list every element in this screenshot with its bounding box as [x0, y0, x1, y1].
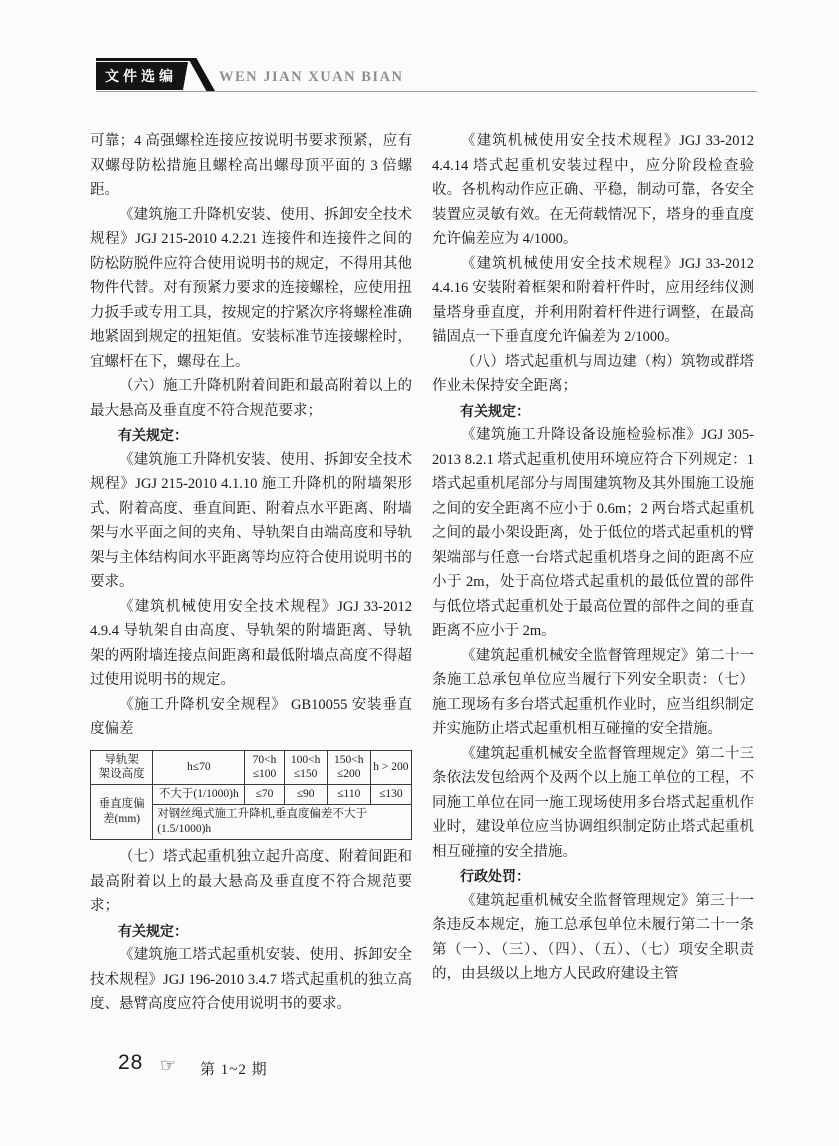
right-column: 《建筑机械使用安全技术规程》JGJ 33-2012 4.4.14 塔式起重机安装… — [432, 129, 754, 987]
table-cell: 导轨架 架设高度 — [91, 750, 153, 785]
section-heading: 有关规定： — [90, 919, 412, 944]
paragraph: （七）塔式起重机独立起升高度、附着间距和最高附着以上的最大悬高及垂直度不符合规范… — [90, 845, 412, 919]
issue-label: 第 1~2 期 — [200, 1058, 268, 1079]
table-row: 导轨架 架设高度 h≤70 70<h ≤100 100<h ≤150 150<h… — [91, 750, 412, 785]
paragraph: 可靠；4 高强螺栓连接应按说明书要求预紧，应有双螺母防松措施且螺栓高出螺母顶平面… — [90, 129, 412, 203]
table-note-cell: 对钢丝绳式施工升降机,垂直度偏差不大于(1.5/1000)h — [153, 805, 412, 840]
banner-box: 文件选编 — [96, 62, 188, 90]
paragraph: （八）塔式起重机与周边建（构）筑物或群塔作业未保持安全距离； — [432, 350, 754, 399]
pointing-hand-icon: ☞ — [160, 1055, 176, 1076]
section-heading: 行政处罚： — [432, 864, 754, 889]
banner-title: 文件选编 — [105, 66, 177, 86]
table-cell: 70<h ≤100 — [245, 750, 284, 785]
paragraph: 《建筑起重机械安全监督管理规定》第三十一条违反本规定，施工总承包单位未履行第二十… — [432, 889, 754, 987]
table-cell: ≤90 — [284, 785, 327, 805]
table-cell: ≤110 — [327, 785, 370, 805]
page-number: 28 — [118, 1051, 143, 1075]
table-cell: ≤70 — [245, 785, 284, 805]
left-column: 可靠；4 高强螺栓连接应按说明书要求预紧，应有双螺母防松措施且螺栓高出螺母顶平面… — [90, 129, 412, 1017]
paragraph: 《施工升降机安全规程》 GB10055 安装垂直度偏差 — [90, 693, 412, 742]
verticality-deviation-table: 导轨架 架设高度 h≤70 70<h ≤100 100<h ≤150 150<h… — [90, 750, 412, 841]
table-cell: 垂直度偏 差(mm) — [91, 785, 153, 840]
table-cell: 100<h ≤150 — [284, 750, 327, 785]
paragraph: 《建筑施工升降设备设施检验标准》JGJ 305-2013 8.2.1 塔式起重机… — [432, 423, 754, 644]
paragraph: （六）施工升降机附着间距和最高附着以上的最大悬高及垂直度不符合规范要求； — [90, 374, 412, 423]
section-heading: 有关规定： — [432, 399, 754, 424]
paragraph: 《建筑施工塔式起重机安装、使用、拆卸安全技术规程》JGJ 196-2010 3.… — [90, 943, 412, 1017]
paragraph: 《建筑施工升降机安装、使用、拆卸安全技术规程》JGJ 215-2010 4.1.… — [90, 448, 412, 595]
table-cell: h > 200 — [370, 750, 411, 785]
paragraph: 《建筑起重机械安全监督管理规定》第二十一条施工总承包单位应当履行下列安全职责：（… — [432, 644, 754, 742]
header-rule — [96, 91, 757, 93]
paragraph: 《建筑机械使用安全技术规程》JGJ 33-2012 4.9.4 导轨架自由高度、… — [90, 595, 412, 693]
table-cell: h≤70 — [153, 750, 245, 785]
banner-diagonal-stripe — [188, 58, 215, 91]
table-cell: 不大于(1/1000)h — [153, 785, 245, 805]
table-cell: 150<h ≤200 — [327, 750, 370, 785]
table-cell: ≤130 — [370, 785, 411, 805]
banner-subtitle: WEN JIAN XUAN BIAN — [219, 69, 404, 86]
paragraph: 《建筑机械使用安全技术规程》JGJ 33-2012 4.4.16 安装附着框架和… — [432, 252, 754, 350]
banner-top-line — [96, 58, 196, 61]
paragraph: 《建筑机械使用安全技术规程》JGJ 33-2012 4.4.14 塔式起重机安装… — [432, 129, 754, 252]
table-row: 垂直度偏 差(mm) 不大于(1/1000)h ≤70 ≤90 ≤110 ≤13… — [91, 785, 412, 805]
paragraph: 《建筑施工升降机安装、使用、拆卸安全技术规程》JGJ 215-2010 4.2.… — [90, 203, 412, 375]
paragraph: 《建筑起重机械安全监督管理规定》第二十三条依法发包给两个及两个以上施工单位的工程… — [432, 742, 754, 865]
section-heading: 有关规定： — [90, 423, 412, 448]
